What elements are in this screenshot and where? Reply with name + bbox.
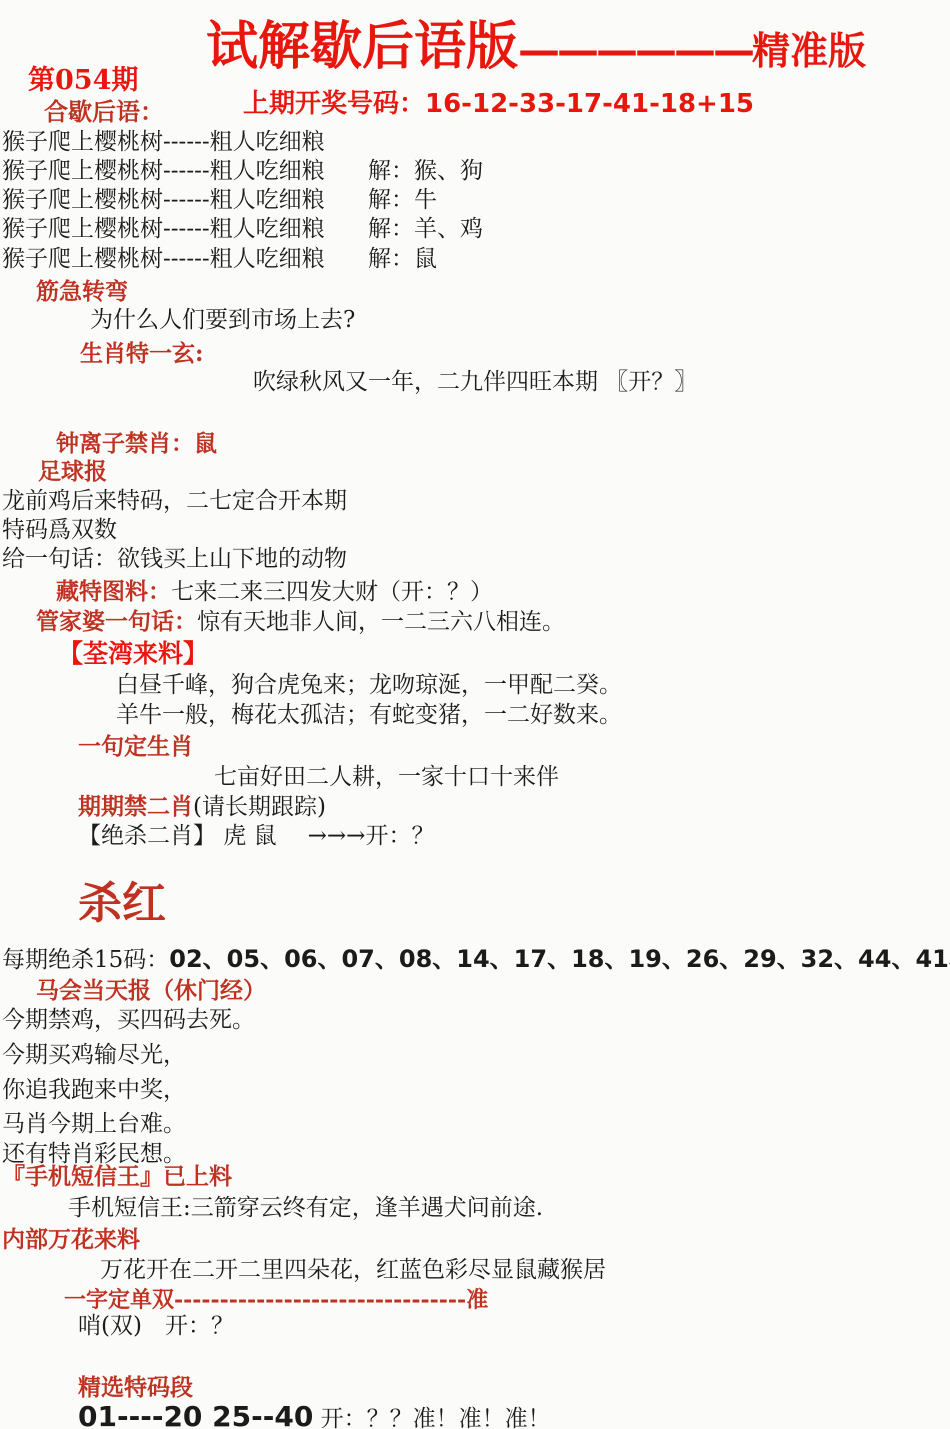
quanwan-heading: 【荃湾来料】 xyxy=(58,638,208,669)
riddle-row: 猴子爬上樱桃树------粗人吃细粮解：猴、狗 xyxy=(2,157,325,186)
riddle-answer: 解：鼠 xyxy=(368,245,437,274)
brain-teaser-heading: 筋急转弯 xyxy=(36,278,128,307)
mahui-line: 今期买鸡输尽光， xyxy=(2,1041,186,1070)
ban-two-line: 【绝杀二肖】 虎 鼠 xyxy=(78,823,277,849)
cangte-text: 七来二来三四发大财（开：？） xyxy=(171,579,493,605)
one-zodiac-line: 七亩好田二人耕，一家十口十来伴 xyxy=(214,763,559,792)
ban-two-heading: 期期禁二肖 xyxy=(78,793,193,820)
ban-two-result-line: 【绝杀二肖】 虎 鼠 →→→开：？ xyxy=(78,822,434,851)
title-main: 试解歇后语版 xyxy=(206,16,518,77)
wanhua-line: 万花开在二开二里四朵花，红蓝色彩尽显鼠藏猴居 xyxy=(100,1256,606,1285)
riddle-text: 猴子爬上樱桃树------粗人吃细粮 xyxy=(2,246,325,272)
riddle-answer: 解：牛 xyxy=(368,186,437,215)
page-title: 试解歇后语版——————精准版 xyxy=(206,14,866,79)
ban-two-note: (请长期跟踪) xyxy=(193,794,326,820)
riddle-row: 猴子爬上樱桃树------粗人吃细粮解：鼠 xyxy=(2,245,325,274)
mahui-line: 马肖今期上台难。 xyxy=(2,1110,186,1139)
mahui-line: 你追我跑来中奖， xyxy=(2,1076,186,1105)
kill-red-numbers: 02、05、06、07、08、14、17、18、19、26、29、32、44、4… xyxy=(169,945,950,973)
football-line: 特码爲双数 xyxy=(2,516,117,545)
guanjiapo-line: 管家婆一句话：惊有天地非人间，一二三六八相连。 xyxy=(36,608,565,637)
riddle-text: 猴子爬上樱桃树------粗人吃细粮 xyxy=(2,187,325,213)
guanjiapo-label: 管家婆一句话： xyxy=(36,608,197,635)
ban-two-heading-line: 期期禁二肖(请长期跟踪) xyxy=(78,793,326,822)
guanjiapo-text: 惊有天地非人间，一二三六八相连。 xyxy=(197,609,565,635)
riddle-answer: 解：猴、狗 xyxy=(368,157,483,186)
riddle-row: 猴子爬上樱桃树------粗人吃细粮 xyxy=(2,128,325,157)
riddle-answer: 解：羊、鸡 xyxy=(368,215,483,244)
quanwan-line: 羊牛一般，梅花太孤洁；有蛇变猪，一二好数来。 xyxy=(116,701,622,730)
riddle-text: 猴子爬上樱桃树------粗人吃细粮 xyxy=(2,129,325,155)
zhonglizi-line: 钟离子禁肖：鼠 xyxy=(56,430,217,459)
lottery-tip-sheet: 试解歇后语版——————精准版 第054期 上期开奖号码：16-12-33-17… xyxy=(0,0,950,1429)
zodiac-one-line: 吹绿秋风又一年，二九伴四旺本期 〖开？〗 xyxy=(253,368,697,397)
football-line: 给一句话：欲钱买上山下地的动物 xyxy=(2,545,347,574)
quanwan-line: 白昼千峰，狗合虎兔来；龙吻琼涎，一甲配二癸。 xyxy=(116,671,622,700)
cangte-line: 藏特图料：七来二来三四发大财（开：？） xyxy=(56,578,493,607)
spacer xyxy=(313,1406,320,1429)
title-dashes: —————— xyxy=(518,25,752,74)
riddle-text: 猴子爬上樱桃树------粗人吃细粮 xyxy=(2,158,325,184)
last-draw-numbers: 上期开奖号码：16-12-33-17-41-18+15 xyxy=(243,88,754,121)
sms-king-heading: 『手机短信王』已上料 xyxy=(2,1163,232,1192)
special-range-line: 01----20 25--40 开：？？准！准！准！ xyxy=(78,1399,551,1429)
kill-red-line: 每期绝杀15码：02、05、06、07、08、14、17、18、19、26、29… xyxy=(2,944,950,975)
mahui-heading: 马会当天报（休门经） xyxy=(36,977,266,1006)
ban-two-arrows: →→→ xyxy=(308,823,366,849)
cangte-label: 藏特图料： xyxy=(56,578,171,605)
riddle-text: 猴子爬上樱桃树------粗人吃细粮 xyxy=(2,216,325,242)
riddle-row: 猴子爬上樱桃树------粗人吃细粮解：羊、鸡 xyxy=(2,215,325,244)
mahui-line: 今期禁鸡，买四码去死。 xyxy=(2,1006,255,1035)
kill-red-heading: 杀红 xyxy=(78,876,166,931)
riddle-row: 猴子爬上樱桃树------粗人吃细粮解：牛 xyxy=(2,186,325,215)
football-line: 龙前鸡后来特码，二七定合开本期 xyxy=(2,487,347,516)
special-range-result: 开：？？准！准！准！ xyxy=(321,1406,551,1429)
special-range-numbers: 01----20 25--40 xyxy=(78,1400,313,1429)
football-heading: 足球报 xyxy=(38,458,107,487)
zodiac-one-heading: 生肖特一玄: xyxy=(80,340,204,369)
spacer xyxy=(277,823,308,849)
issue-number: 第054期 xyxy=(28,64,138,98)
title-suffix: 精准版 xyxy=(752,28,866,73)
sms-king-line: 手机短信王:三箭穿云终有定，逢羊遇犬问前途. xyxy=(68,1194,543,1223)
single-double-line: 哨(双) 开：？ xyxy=(78,1312,234,1341)
series-label: 合歇后语： xyxy=(44,97,164,127)
single-double-heading: 一字定单双--------------------------------准 xyxy=(64,1287,488,1315)
brain-teaser-question: 为什么人们要到市场上去? xyxy=(90,306,355,335)
one-zodiac-heading: 一句定生肖 xyxy=(78,733,193,762)
kill-red-label: 每期绝杀15码： xyxy=(2,947,169,973)
wanhua-heading: 内部万花来料 xyxy=(2,1226,140,1255)
ban-two-result: 开：？ xyxy=(365,823,434,849)
